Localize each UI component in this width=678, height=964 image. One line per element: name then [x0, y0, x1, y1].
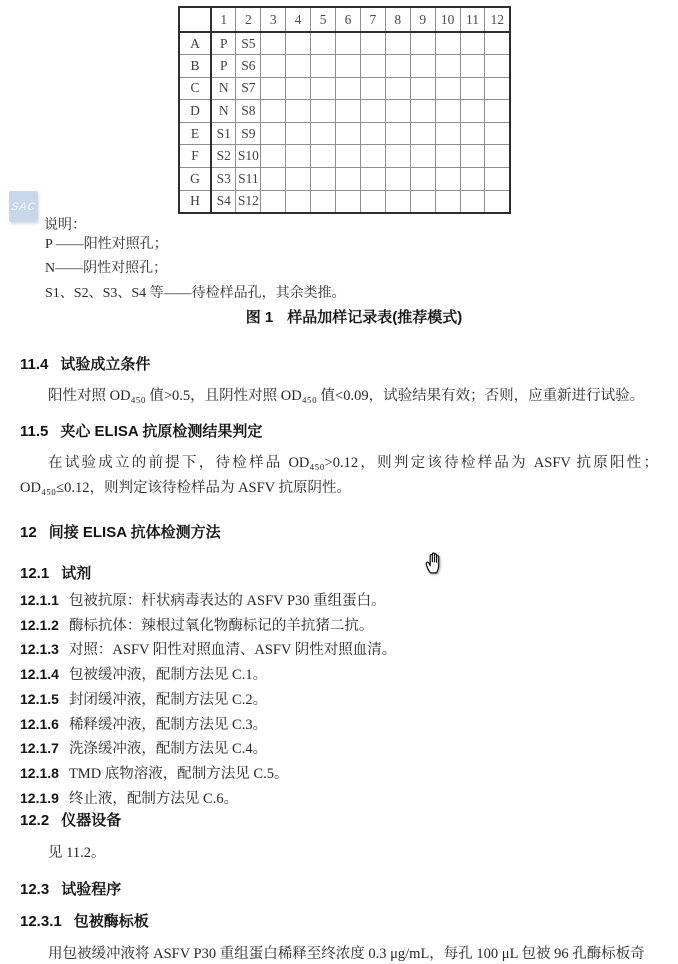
- hand-cursor-icon: [423, 550, 445, 574]
- plate-cell: [360, 190, 385, 213]
- plate-cell: S12: [236, 190, 261, 213]
- plate-col-header: 6: [336, 7, 361, 32]
- section-number: 12: [20, 524, 37, 541]
- note-item: N——阴性对照孔；: [45, 257, 346, 281]
- clause-item: 12.1.2酶标抗体：辣根过氧化物酶标记的羊抗猪二抗。: [20, 614, 660, 639]
- document-page: SAC 123456789101112APS5BPS6CNS7DNS8ES1S9…: [0, 0, 678, 964]
- section-heading-12-2: 12.2仪器设备: [20, 809, 121, 830]
- plate-cell: [360, 77, 385, 100]
- plate-cell: S8: [236, 100, 261, 123]
- plate-row-label: G: [179, 168, 211, 191]
- plate-cell: [410, 32, 435, 55]
- plate-row-label: C: [179, 77, 211, 100]
- plate-cell: [336, 55, 361, 78]
- notes-list: P ——阳性对照孔； N——阴性对照孔； S1、S2、S3、S4 等——待检样品…: [45, 233, 346, 306]
- plate-cell: [311, 55, 336, 78]
- plate-cell: [435, 77, 460, 100]
- clause-number: 12.1.8: [20, 762, 59, 786]
- paragraph-12-2: 见 11.2。: [20, 841, 658, 866]
- clause-number: 12.1.6: [20, 713, 59, 737]
- plate-cell: S4: [211, 190, 236, 213]
- plate-col-header: 12: [485, 7, 510, 32]
- plate-cell: [485, 168, 510, 191]
- plate-cell: [460, 145, 485, 168]
- plate-cell: [460, 122, 485, 145]
- plate-cell: [435, 32, 460, 55]
- plate-cell: P: [211, 32, 236, 55]
- plate-cell: [261, 122, 286, 145]
- plate-cell: [311, 100, 336, 123]
- plate-cell: [336, 77, 361, 100]
- clause-number: 12.1.2: [20, 614, 59, 638]
- plate-cell: [410, 122, 435, 145]
- plate-cell: [385, 100, 410, 123]
- plate-cell: [261, 168, 286, 191]
- plate-cell: [311, 190, 336, 213]
- plate-corner-cell: [179, 7, 211, 32]
- plate-cell: [286, 100, 311, 123]
- plate-cell: N: [211, 77, 236, 100]
- plate-cell: [360, 100, 385, 123]
- paragraph-11-5: 在试验成立的前提下，待检样品 OD₄₅₀>0.12，则判定该待检样品为 ASFV…: [20, 451, 658, 501]
- plate-row-label: E: [179, 122, 211, 145]
- section-number: 12.3.1: [20, 913, 62, 930]
- clause-number: 12.1.4: [20, 663, 59, 687]
- figure-caption: 图 1样品加样记录表(推荐模式): [0, 306, 678, 327]
- plate-cell: [286, 190, 311, 213]
- clause-item: 12.1.3对照：ASFV 阳性对照血清、ASFV 阴性对照血清。: [20, 638, 660, 663]
- plate-cell: S11: [236, 168, 261, 191]
- plate-cell: [286, 32, 311, 55]
- plate-cell: S6: [236, 55, 261, 78]
- plate-col-header: 3: [261, 7, 286, 32]
- clause-item: 12.1.4包被缓冲液，配制方法见 C.1。: [20, 663, 660, 688]
- plate-cell: [385, 77, 410, 100]
- section-heading-11-4: 11.4试验成立条件: [20, 353, 150, 374]
- plate-cell: [311, 122, 336, 145]
- clause-text: 终止液，配制方法见 C.6。: [69, 791, 238, 807]
- clause-item: 12.1.9终止液，配制方法见 C.6。: [20, 787, 660, 812]
- clause-item: 12.1.1包被抗原：杆状病毒表达的 ASFV P30 重组蛋白。: [20, 589, 660, 614]
- figure-title: 样品加样记录表(推荐模式): [287, 309, 462, 326]
- plate-row-label: A: [179, 32, 211, 55]
- plate-cell: [336, 32, 361, 55]
- plate-cell: [261, 32, 286, 55]
- plate-cell: [261, 145, 286, 168]
- plate-cell: [435, 100, 460, 123]
- plate-row-label: F: [179, 145, 211, 168]
- plate-cell: [460, 55, 485, 78]
- clause-item: 12.1.6稀释缓冲液，配制方法见 C.3。: [20, 713, 660, 738]
- plate-cell: P: [211, 55, 236, 78]
- section-heading-11-5: 11.5夹心 ELISA 抗原检测结果判定: [20, 420, 262, 441]
- plate-row-label: B: [179, 55, 211, 78]
- plate-cell: [261, 77, 286, 100]
- plate-cell: [410, 55, 435, 78]
- sac-watermark-label: SAC: [10, 201, 36, 213]
- plate-cell: [261, 55, 286, 78]
- section-number: 12.3: [20, 881, 49, 898]
- plate-cell: [385, 55, 410, 78]
- plate-cell: [410, 168, 435, 191]
- plate-cell: [336, 145, 361, 168]
- plate-cell: [485, 145, 510, 168]
- clause-text: 对照：ASFV 阳性对照血清、ASFV 阴性对照血清。: [69, 642, 396, 658]
- plate-table-body: 123456789101112APS5BPS6CNS7DNS8ES1S9FS2S…: [179, 7, 510, 213]
- clause-number: 12.1.7: [20, 737, 59, 761]
- plate-cell: [485, 77, 510, 100]
- plate-cell: [311, 145, 336, 168]
- clause-text: 稀释缓冲液，配制方法见 C.3。: [69, 717, 267, 733]
- plate-cell: [435, 190, 460, 213]
- plate-cell: [311, 168, 336, 191]
- section-title: 试验成立条件: [60, 356, 150, 373]
- clause-number: 12.1.3: [20, 638, 59, 662]
- plate-cell: [311, 32, 336, 55]
- plate-cell: [460, 77, 485, 100]
- plate-cell: [410, 145, 435, 168]
- clause-item: 12.1.8TMD 底物溶液，配制方法见 C.5。: [20, 762, 660, 787]
- plate-cell: [360, 168, 385, 191]
- section-title: 夹心 ELISA 抗原检测结果判定: [60, 423, 262, 440]
- plate-cell: [360, 122, 385, 145]
- plate-cell: [336, 190, 361, 213]
- plate-col-header: 4: [286, 7, 311, 32]
- plate-cell: S9: [236, 122, 261, 145]
- section-title: 间接 ELISA 抗体检测方法: [49, 524, 221, 541]
- clause-item: 12.1.7洗涤缓冲液，配制方法见 C.4。: [20, 737, 660, 762]
- plate-cell: [385, 168, 410, 191]
- plate-cell: [485, 32, 510, 55]
- plate-cell: [336, 168, 361, 191]
- plate-cell: [435, 55, 460, 78]
- plate-cell: [410, 77, 435, 100]
- plate-cell: [485, 55, 510, 78]
- clause-text: 酶标抗体：辣根过氧化物酶标记的羊抗猪二抗。: [69, 618, 374, 634]
- section-number: 12.1: [20, 565, 49, 582]
- plate-cell: [435, 122, 460, 145]
- plate-col-header: 2: [236, 7, 261, 32]
- plate-cell: [410, 100, 435, 123]
- clause-text: 封闭缓冲液，配制方法见 C.2。: [69, 692, 267, 708]
- note-item: S1、S2、S3、S4 等——待检样品孔，其余类推。: [45, 282, 346, 306]
- section-number: 12.2: [20, 812, 49, 829]
- reagent-clause-list: 12.1.1包被抗原：杆状病毒表达的 ASFV P30 重组蛋白。 12.1.2…: [20, 589, 660, 811]
- clause-number: 12.1.1: [20, 589, 59, 613]
- section-title: 仪器设备: [61, 812, 121, 829]
- plate-cell: [435, 168, 460, 191]
- section-title: 包被酶标板: [74, 913, 149, 930]
- plate-cell: [286, 55, 311, 78]
- plate-cell: [261, 190, 286, 213]
- section-title: 试验程序: [61, 881, 121, 898]
- plate-cell: [485, 100, 510, 123]
- plate-cell: [385, 32, 410, 55]
- plate-cell: [336, 100, 361, 123]
- section-heading-12-3: 12.3试验程序: [20, 878, 121, 899]
- plate-cell: [460, 100, 485, 123]
- plate-col-header: 5: [311, 7, 336, 32]
- plate-row-label: H: [179, 190, 211, 213]
- section-title: 试剂: [61, 565, 91, 582]
- clause-number: 12.1.5: [20, 688, 59, 712]
- plate-cell: [286, 145, 311, 168]
- plate-cell: [286, 168, 311, 191]
- plate-cell: S5: [236, 32, 261, 55]
- plate-col-header: 1: [211, 7, 236, 32]
- plate-cell: [410, 190, 435, 213]
- plate-col-header: 10: [435, 7, 460, 32]
- plate-cell: [336, 122, 361, 145]
- plate-cell: S1: [211, 122, 236, 145]
- plate-cell: [360, 32, 385, 55]
- plate-cell: S7: [236, 77, 261, 100]
- plate-cell: [286, 122, 311, 145]
- plate-col-header: 9: [410, 7, 435, 32]
- clause-text: TMD 底物溶液，配制方法见 C.5。: [69, 766, 289, 782]
- plate-cell: [360, 55, 385, 78]
- figure-label: 图 1: [246, 309, 274, 326]
- hand-cursor-shape: [426, 553, 438, 573]
- sac-watermark-logo: SAC: [9, 191, 38, 222]
- section-heading-12-3-1: 12.3.1包被酶标板: [20, 910, 149, 931]
- plate-table: 123456789101112APS5BPS6CNS7DNS8ES1S9FS2S…: [178, 6, 511, 214]
- section-number: 11.5: [20, 423, 48, 440]
- plate-col-header: 11: [460, 7, 485, 32]
- plate-cell: [460, 32, 485, 55]
- plate-col-header: 8: [385, 7, 410, 32]
- plate-cell: [385, 190, 410, 213]
- plate-cell: [311, 77, 336, 100]
- plate-cell: [261, 100, 286, 123]
- plate-cell: [435, 145, 460, 168]
- clause-item: 12.1.5封闭缓冲液，配制方法见 C.2。: [20, 688, 660, 713]
- plate-row-label: D: [179, 100, 211, 123]
- plate-cell: [286, 77, 311, 100]
- plate-cell: [385, 122, 410, 145]
- plate-cell: [460, 168, 485, 191]
- plate-cell: N: [211, 100, 236, 123]
- section-heading-12: 12间接 ELISA 抗体检测方法: [20, 521, 221, 542]
- plate-cell: [485, 122, 510, 145]
- paragraph-11-4: 阳性对照 OD₄₅₀ 值>0.5，且阴性对照 OD₄₅₀ 值<0.09，试验结果…: [20, 384, 658, 409]
- paragraph-12-3-1: 用包被缓冲液将 ASFV P30 重组蛋白稀释至终浓度 0.3 μg/mL，每孔…: [20, 942, 658, 964]
- section-number: 11.4: [20, 356, 48, 373]
- clause-text: 洗涤缓冲液，配制方法见 C.4。: [69, 741, 267, 757]
- plate-cell: S2: [211, 145, 236, 168]
- plate-cell: S3: [211, 168, 236, 191]
- clause-text: 包被抗原：杆状病毒表达的 ASFV P30 重组蛋白。: [69, 593, 386, 609]
- plate-col-header: 7: [360, 7, 385, 32]
- clause-text: 包被缓冲液，配制方法见 C.1。: [69, 667, 267, 683]
- plate-cell: [360, 145, 385, 168]
- note-item: P ——阳性对照孔；: [45, 233, 346, 257]
- plate-cell: [460, 190, 485, 213]
- section-heading-12-1: 12.1试剂: [20, 562, 91, 583]
- plate-cell: S10: [236, 145, 261, 168]
- notes-title: 说明：: [44, 214, 86, 234]
- plate-cell: [385, 145, 410, 168]
- plate-cell: [485, 190, 510, 213]
- clause-number: 12.1.9: [20, 787, 59, 811]
